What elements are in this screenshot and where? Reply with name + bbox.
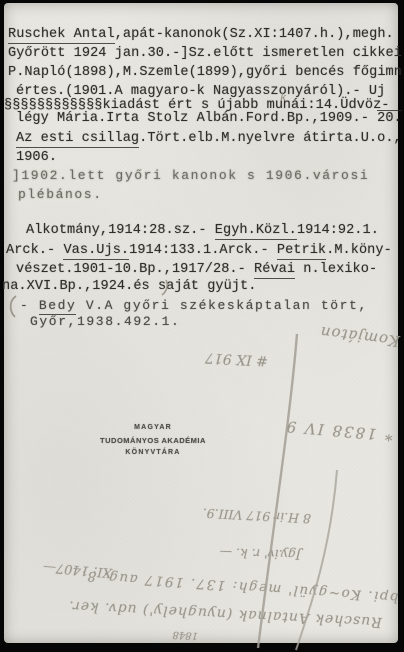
- typed-text-segment: légy Mária.Irta Stolz Albán.Ford.Bp.,190…: [16, 111, 377, 126]
- typed-line: Győr,1938.492.1.: [30, 314, 180, 329]
- typed-line: vészet.1901-10.Bp.,1917/28.- Révai n.lex…: [16, 262, 377, 277]
- stamp-line: TUDOMÁNYOS AKADÉMIA: [88, 436, 218, 445]
- typed-text-segment: 1914:133.1.Arck.-: [129, 243, 277, 258]
- typed-text-segment: 1914:92.1.: [297, 223, 379, 238]
- typed-text-segment: na.XVI.Bp.,1924.és saját gyüjt.: [2, 279, 256, 294]
- pencil-note-jgy: Jgy.iv' r. k. —: [196, 544, 301, 563]
- typed-text-segment: Győr,1938.492.1.: [30, 314, 180, 329]
- typed-text-segment: Győrött 1924 jan.30.-]Sz.előtt ismeretle…: [8, 46, 404, 61]
- typed-line: Arck.- Vas.Ujs.1914:133.1.Arck.- Petrik.…: [6, 243, 392, 258]
- card-content: Ruschek Antal,apát-kanonok(Sz.XI:1407.h.…: [0, 0, 404, 652]
- source-bedy: Bedy: [39, 298, 77, 315]
- typed-line: Győrött 1924 jan.30.-]Sz.előtt ismeretle…: [8, 46, 404, 61]
- source-vas-ujs: Vas.Ujs.: [63, 243, 129, 260]
- typed-text-segment: .M.köny-: [326, 243, 392, 258]
- pencil-brace-before-bedy: [11, 296, 16, 317]
- library-stamp: MAGYAR TUDOMÁNYOS AKADÉMIA KÖNYVTÁRA: [88, 424, 218, 456]
- typed-line: 1906.: [16, 150, 57, 165]
- heading-name: Ruschek Antal: [8, 27, 115, 44]
- pencil-note-ix-917: # IX 917: [168, 347, 269, 368]
- typed-line: Az esti csillag.Tört.elb.M.nyelvre átirt…: [16, 131, 402, 146]
- typed-line: légy Mária.Irta Stolz Albán.Ford.Bp.,190…: [16, 111, 402, 126]
- typed-text-segment: 1906.: [16, 150, 57, 165]
- pencil-note-917-viii: 8 H.ir 917 VIII.9.: [183, 505, 312, 527]
- typed-text-segment: P.Napló(1898),M.Szemle(1899),győri bencé…: [8, 65, 402, 80]
- pencil-insert-k: k: [280, 91, 287, 104]
- typed-line: Alkotmány,1914:28.sz.- Egyh.Közl.1914:92…: [26, 223, 379, 238]
- typed-text-segment: .Tört.elb.M.nyelvre átirta.U.o.,: [139, 131, 402, 146]
- title-az-esti-csillag: Az esti csillag: [16, 131, 139, 148]
- typed-text-segment: ]1902.lett győri kanonok s 1906.városi: [12, 168, 369, 183]
- source-egyh-kozl: Egyh.Közl.: [215, 223, 297, 240]
- pencil-stroke-long: [258, 334, 297, 648]
- typed-text-segment: 20.: [377, 110, 402, 126]
- pencil-note-1838: * 1838 IV 9: [243, 413, 394, 444]
- stamp-line: KÖNYVTÁRA: [88, 449, 218, 456]
- typed-text-segment: Alkotmány,1914:28.sz.-: [26, 223, 215, 238]
- typed-line: plébános.: [18, 187, 103, 202]
- typed-line: ]1902.lett győri kanonok s 1906.városi: [12, 168, 369, 183]
- pencil-note-top-right: Komjáton: [294, 320, 400, 351]
- source-revai: Révai: [254, 262, 295, 279]
- typed-line: P.Napló(1898),M.Szemle(1899),győri bencé…: [8, 65, 402, 80]
- source-petrik: Petrik: [277, 243, 326, 260]
- typed-text-segment: vészet.1901-10.Bp.,1917/28.-: [16, 262, 254, 277]
- typed-line: na.XVI.Bp.,1924.és saját gyüjt.: [2, 279, 256, 294]
- typed-line: Ruschek Antal,apát-kanonok(Sz.XI:1407.h.…: [8, 27, 394, 42]
- typed-text-segment: -: [20, 298, 39, 313]
- pencil-note-1848: 1848: [158, 628, 199, 641]
- typed-text-segment: plébános.: [18, 187, 103, 202]
- scanned-card-photo: Ruschek Antal,apát-kanonok(Sz.XI:1407.h.…: [0, 0, 404, 652]
- stamp-line: MAGYAR: [88, 424, 218, 431]
- typed-text-segment: n.lexiko-: [295, 262, 377, 277]
- typed-text-segment: ,apát-kanonok(Sz.XI:1407.h.),megh.: [115, 27, 394, 42]
- typed-text-segment: Arck.-: [6, 243, 63, 258]
- catalog-card: Ruschek Antal,apát-kanonok(Sz.XI:1407.h.…: [4, 3, 398, 643]
- typed-line: - Bedy V.A győri székeskáptalan tört,: [20, 298, 368, 313]
- typed-text-segment: V.A győri székeskáptalan tört,: [76, 298, 367, 313]
